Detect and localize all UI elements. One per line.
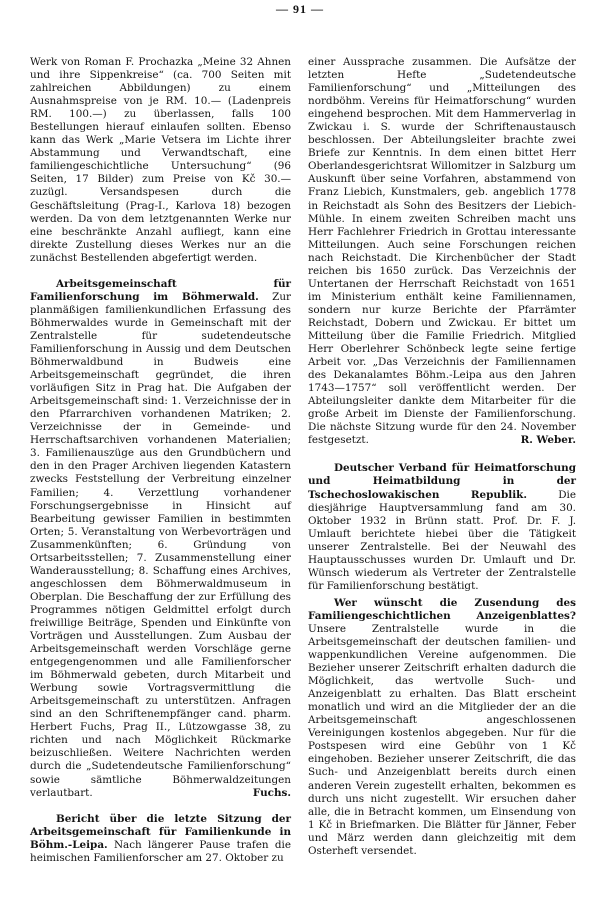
article-signature: Fuchs. bbox=[227, 787, 291, 800]
article-signature: R. Weber. bbox=[521, 434, 576, 447]
left-column: Werk von Roman F. Prochazka „Meine 32 Ah… bbox=[30, 56, 291, 865]
page-number: — 91 — bbox=[0, 2, 600, 17]
article-boehmerwald: Arbeitsgemeinschaft für Familienforschun… bbox=[30, 278, 291, 800]
article-boehm-leipa-report: Bericht über die letzte Sitzung der Arbe… bbox=[30, 813, 291, 865]
article-heading: Wer wünscht die Zusendung des Familienge… bbox=[308, 597, 576, 622]
article-anzeigenblatt: Wer wünscht die Zusendung des Familienge… bbox=[308, 597, 576, 858]
document-page: — 91 — Werk von Roman F. Prochazka „Mein… bbox=[0, 0, 600, 902]
article-body: einer Aussprache zusammen. Die Aufsätze … bbox=[308, 56, 576, 446]
right-column: einer Aussprache zusammen. Die Aufsätze … bbox=[308, 56, 576, 858]
article-body: Zur planmäßigen familienkundlichen Erfas… bbox=[30, 291, 291, 799]
paragraph-report-continued: einer Aussprache zusammen. Die Aufsätze … bbox=[308, 56, 576, 447]
article-heimatforschung-verband: Deutscher Verband für Heimatforschung un… bbox=[308, 462, 576, 592]
article-body: Die diesjährige Hauptversammlung fand am… bbox=[308, 489, 576, 592]
article-body: Unsere Zentralstelle wurde in die Arbeit… bbox=[308, 623, 576, 857]
article-heading: Arbeitsgemeinschaft für Familienforschun… bbox=[30, 278, 291, 303]
paragraph-prochazka-books: Werk von Roman F. Prochazka „Meine 32 Ah… bbox=[30, 56, 291, 265]
